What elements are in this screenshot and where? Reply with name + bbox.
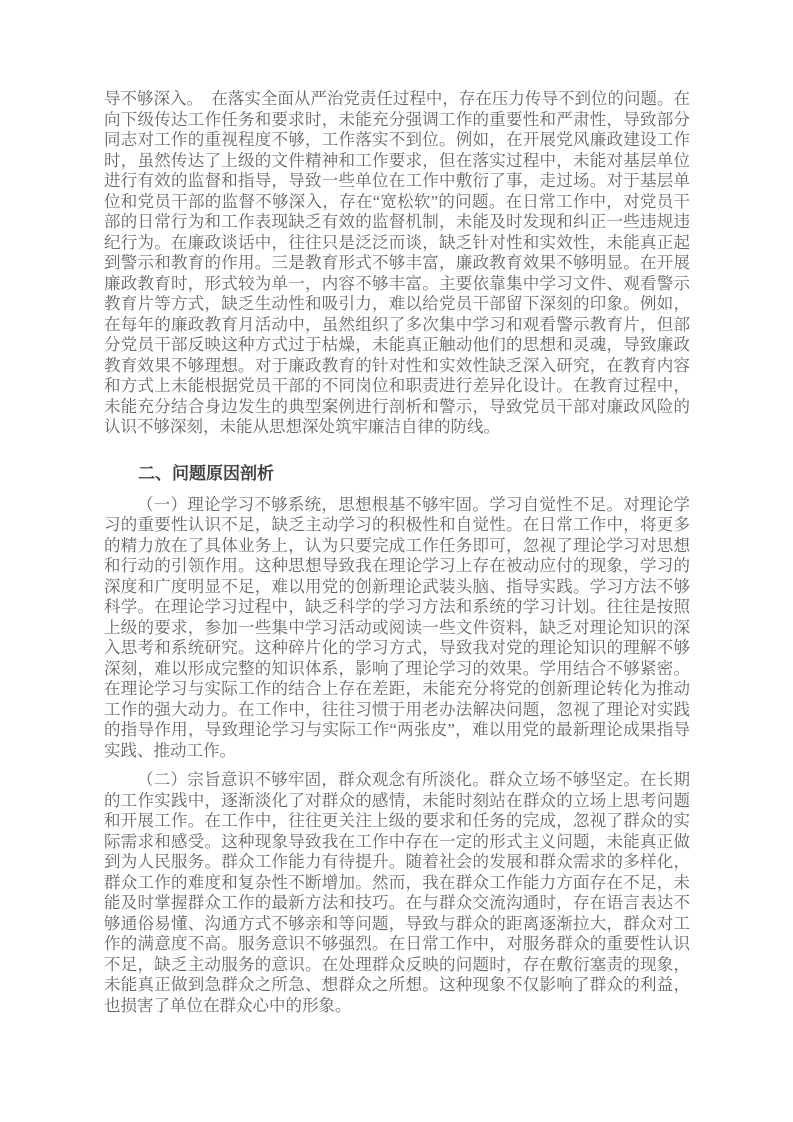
paragraph-cause-public-service: （二）宗旨意识不够牢固，群众观念有所淡化。群众立场不够坚定。在长期的工作实践中，… bbox=[104, 770, 690, 1016]
section-heading-problem-cause-analysis: 二、问题原因剖析 bbox=[104, 462, 690, 485]
paragraph-cause-theory-study: （一）理论学习不够系统，思想根基不够牢固。学习自觉性不足。对理论学习的重要性认识… bbox=[104, 495, 690, 762]
document-page: 导不够深入。 在落实全面从严治党责任过程中，存在压力传导不到位的问题。在向下级传… bbox=[0, 0, 793, 1122]
paragraph-supervision-education-continuation: 导不够深入。 在落实全面从严治党责任过程中，存在压力传导不到位的问题。在向下级传… bbox=[104, 89, 690, 438]
